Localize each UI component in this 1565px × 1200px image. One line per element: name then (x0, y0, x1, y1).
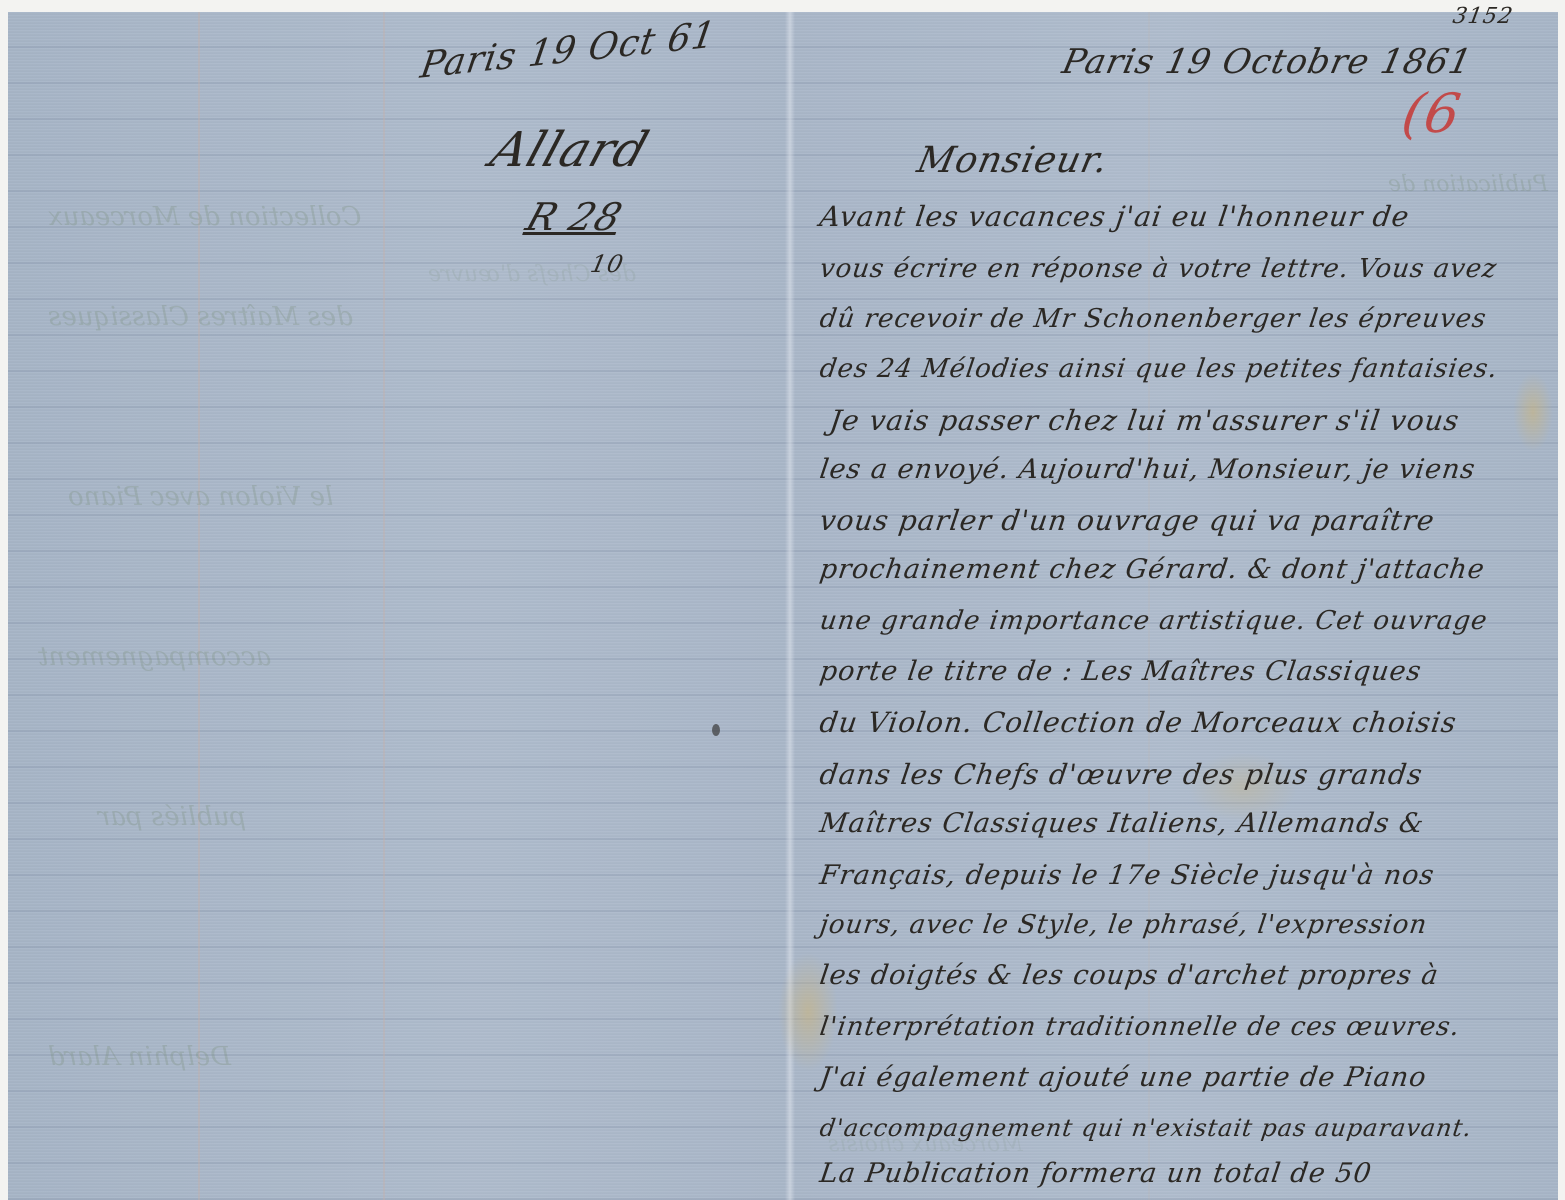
letter-sheet: Collection de Morceaux des Maîtres Class… (8, 12, 1558, 1200)
letter-line: J'ai également ajouté une partie de Pian… (818, 1062, 1429, 1093)
letter-line: Maîtres Classiques Italiens, Allemands & (818, 808, 1427, 839)
letter-line: les a envoyé. Aujourd'hui, Monsieur, je … (818, 454, 1478, 485)
bleed-through-text: Delphin Alard (48, 1042, 231, 1072)
docket-number: 10 (588, 250, 626, 278)
ruled-margin-line (383, 12, 385, 1200)
letter-line: Français, depuis le 17e Siècle jusqu'à n… (818, 860, 1437, 891)
letter-line: une grande importance artistique. Cet ou… (818, 606, 1490, 636)
letter-line: prochainement chez Gérard. & dont j'atta… (818, 554, 1487, 585)
paper-stain (1513, 372, 1553, 452)
letter-line: dans les Chefs d'œuvre des plus grands (818, 758, 1425, 791)
red-annotation: (6 (1397, 82, 1466, 145)
letter-line: vous parler d'un ouvrage qui va paraître (818, 504, 1437, 537)
bleed-through-text: Collection de Morceaux (48, 202, 361, 232)
letter-line: Je vais passer chez lui m'assurer s'il v… (828, 404, 1462, 437)
ink-blot (712, 724, 720, 736)
letter-line: d'accompagnement qui n'existait pas aupa… (818, 1114, 1474, 1142)
letter-line: l'interprétation traditionnelle de ces œ… (818, 1012, 1462, 1042)
bleed-through-text: publiés par (98, 802, 246, 832)
docket-place-date: Paris 19 Oct 61 (417, 14, 718, 87)
letter-line: porte le titre de : Les Maîtres Classiqu… (818, 656, 1424, 687)
bleed-through-text: accompagnement (38, 642, 271, 672)
bleed-through-text: des Maîtres Classiques (48, 302, 353, 332)
letter-line: des 24 Mélodies ainsi que les petites fa… (818, 354, 1500, 384)
letter-line: dû recevoir de Mr Schonenberger les épre… (818, 304, 1489, 334)
letter-line: les doigtés & les coups d'archet propres… (818, 960, 1441, 991)
letter-line: Avant les vacances j'ai eu l'honneur de (818, 200, 1412, 233)
letter-line: du Violon. Collection de Morceaux choisi… (818, 706, 1459, 739)
archive-number: 3152 (1451, 4, 1515, 29)
docket-reference: R 28 (521, 195, 628, 239)
ruled-margin-line (198, 12, 200, 1200)
letter-date-line: Paris 19 Octobre 1861 (1059, 42, 1476, 82)
bleed-through-text: Publication de (1388, 172, 1548, 197)
bleed-through-text: le Violon avec Piano (68, 482, 333, 512)
letter-line: jours, avec le Style, le phrasé, l'expre… (818, 910, 1429, 940)
docket-name: Allard (484, 122, 656, 178)
letter-line: vous écrire en réponse à votre lettre. V… (818, 254, 1499, 284)
letter-line: La Publication formera un total de 50 (818, 1158, 1374, 1189)
salutation: Monsieur. (914, 140, 1113, 181)
